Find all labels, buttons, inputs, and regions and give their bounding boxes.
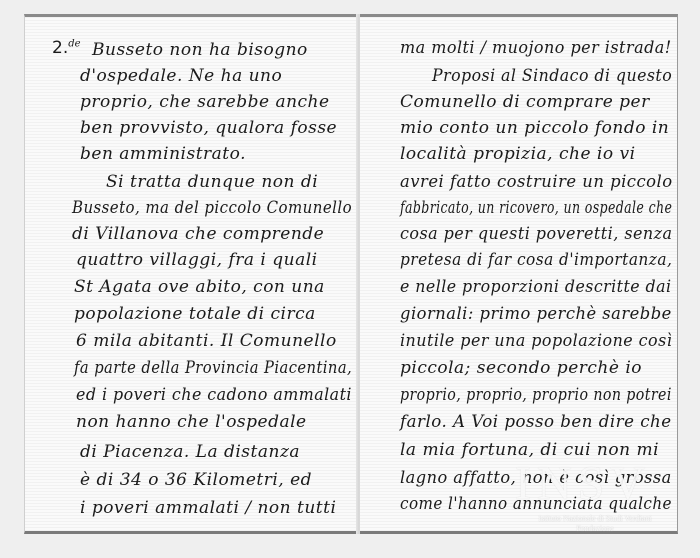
left-line-13: fa parte della Provincia Piacentina, (74, 358, 352, 378)
left-line-14: ed i poveri che cadono ammalati (76, 385, 352, 405)
left-line-5: ben amministrato. (80, 144, 246, 164)
right-line-14: proprio, proprio, proprio non potrei (400, 385, 672, 405)
page-number-value: 2 (52, 38, 63, 58)
right-line-15: farlo. A Voi posso ben dire che (400, 412, 672, 432)
right-line-7: fabbricato, un ricovero, un ospedale che (400, 198, 672, 218)
left-line-2: d'ospedale. Ne ha uno (80, 66, 282, 86)
left-line-4: ben provvisto, qualora fosse (80, 118, 337, 138)
left-line-17: è di 34 o 36 Kilometri, ed (80, 470, 312, 490)
left-line-9: quattro villaggi, fra i quali (76, 250, 318, 270)
left-line-12: 6 mila abitanti. Il Comunello (76, 331, 337, 351)
right-line-12: inutile per una popolazione così (400, 331, 672, 351)
left-line-10: St Agata ove abito, con una (74, 277, 325, 297)
letter-spread: 2.de Busseto non ha bisogno d'ospedale. … (0, 0, 700, 558)
right-line-16: la mia fortuna, di cui non mi (400, 440, 659, 460)
right-line-10: e nelle proporzioni descritte dai (400, 277, 671, 297)
right-line-5: località propizia, che io vi (400, 144, 636, 164)
left-line-15: non hanno che l'ospedale (76, 412, 307, 432)
left-line-6: Si tratta dunque non di (106, 172, 318, 192)
left-line-3: proprio, che sarebbe anche (80, 92, 330, 112)
right-line-8: cosa per questi poveretti, senza (400, 224, 672, 244)
right-line-1: ma molti / muojono per istrada! (400, 38, 672, 58)
left-line-18: i poveri ammalati / non tutti (80, 498, 336, 518)
right-line-13: piccola; secondo perchè io (400, 358, 642, 378)
right-line-2: Proposi al Sindaco di questo (432, 66, 672, 86)
right-line-6: avrei fatto costruire un piccolo (400, 172, 673, 192)
left-line-16: di Piacenza. La distanza (80, 442, 300, 462)
right-line-9: pretesa di far cosa d'importanza, (400, 250, 672, 270)
page-number-suffix: de (68, 38, 80, 49)
right-line-4: mio conto un piccolo fondo in (400, 118, 669, 138)
right-line-18: come l'hanno annunciata qualche (400, 494, 672, 514)
right-line-17: lagno affatto, non è così grossa (400, 468, 672, 488)
right-line-11: giornali: primo perchè sarebbe (400, 304, 672, 324)
right-line-3: Comunello di comprare per (400, 92, 650, 112)
left-line-8: di Villanova che comprende (72, 224, 324, 244)
left-line-7: Busseto, ma del piccolo Comunello (72, 198, 352, 218)
left-line-11: popolazione totale di circa (74, 304, 316, 324)
page-number: 2.de (52, 38, 81, 58)
left-line-1: Busseto non ha bisogno (92, 40, 308, 60)
